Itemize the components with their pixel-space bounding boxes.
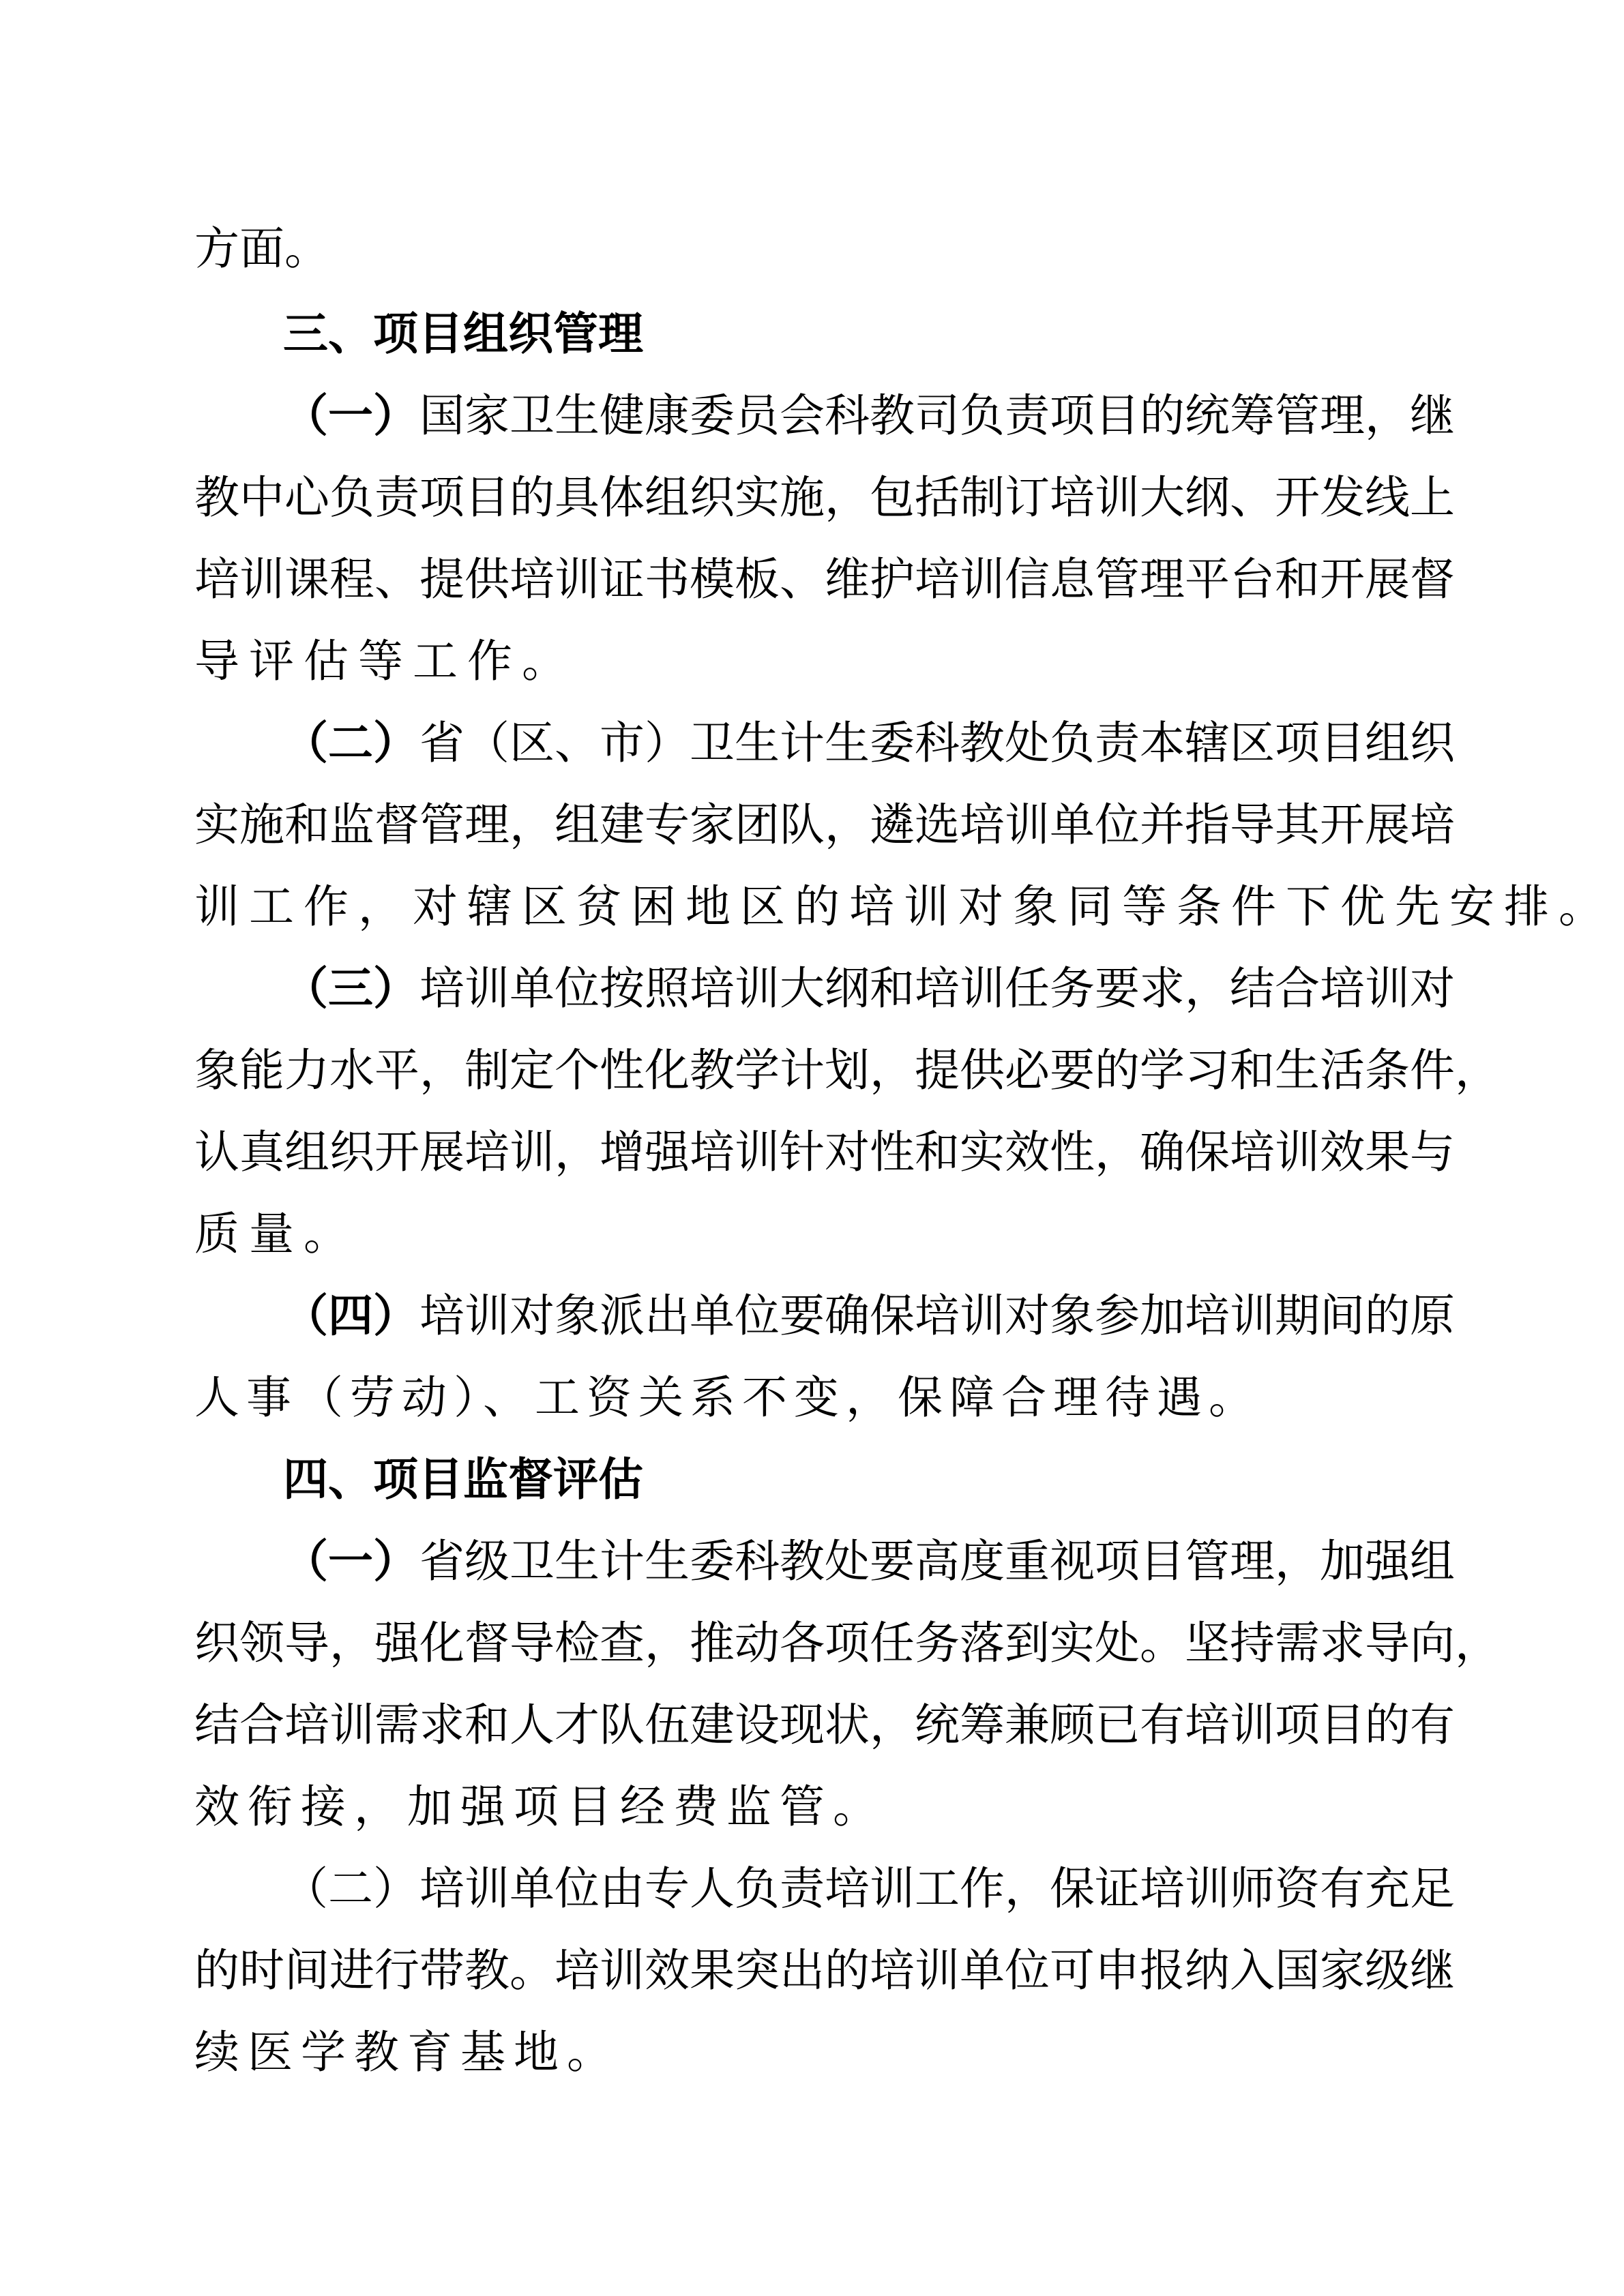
paragraph-text: 续医学教育基地。 xyxy=(194,2022,620,2083)
paragraph-text: 训工作，对辖区贫困地区的培训对象同等条件下优先安排。 xyxy=(194,876,1613,938)
paragraph-number: （一） xyxy=(283,1531,418,1592)
paragraph-number: （二） xyxy=(283,1858,418,1920)
paragraph-number: （二） xyxy=(283,713,418,774)
paragraph-text: 象能力水平，制定个性化教学计划，提供必要的学习和生活条件， xyxy=(194,1040,1436,1101)
paragraph-text: 效衔接，加强项目经费监管。 xyxy=(194,1776,886,1838)
paragraph-text: 质量。 xyxy=(194,1204,358,1265)
paragraph-text: 省（区、市）卫生计生委科教处负责本辖区项目组织 xyxy=(419,713,1436,774)
paragraph-number: （三） xyxy=(283,958,418,1019)
paragraph-text: 省级卫生计生委科教处要高度重视项目管理，加强组 xyxy=(419,1531,1436,1592)
paragraph-text: 实施和监督管理，组建专家团队，遴选培训单位并指导其开展培 xyxy=(194,794,1436,856)
paragraph-number: （四） xyxy=(283,1285,418,1347)
document-page: 方面。 三、项目组织管理 （一） 国家卫生健康委员会科教司负责项目的统筹管理，继… xyxy=(0,0,1624,2296)
paragraph-text: 培训单位由专人负责培训工作，保证培训师资有充足 xyxy=(419,1858,1436,1920)
paragraph-text: 结合培训需求和人才队伍建设现状，统筹兼顾已有培训项目的有 xyxy=(194,1695,1436,1756)
paragraph-number: （一） xyxy=(283,385,418,447)
paragraph-text: 导评估等工作。 xyxy=(194,631,576,692)
paragraph-text: 认真组织开展培训，增强培训针对性和实效性，确保培训效果与 xyxy=(194,1122,1436,1183)
paragraph-text: 人事（劳动）、工资关系不变，保障合理待遇。 xyxy=(194,1367,1260,1429)
continuation-text: 方面。 xyxy=(194,218,329,280)
section-heading-text: 三、项目组织管理 xyxy=(283,303,643,365)
paragraph-text: 培训单位按照培训大纲和培训任务要求，结合培训对 xyxy=(419,958,1436,1019)
section-heading-text: 四、项目监督评估 xyxy=(283,1449,643,1510)
paragraph-text: 的时间进行带教。培训效果突出的培训单位可申报纳入国家级继 xyxy=(194,1940,1436,2001)
paragraph-text: 国家卫生健康委员会科教司负责项目的统筹管理，继 xyxy=(419,385,1436,447)
paragraph-text: 培训课程、提供培训证书模板、维护培训信息管理平台和开展督 xyxy=(194,549,1436,610)
paragraph-text: 教中心负责项目的具体组织实施，包括制订培训大纲、开发线上 xyxy=(194,467,1436,528)
paragraph-text: 培训对象派出单位要确保培训对象参加培训期间的原 xyxy=(419,1285,1436,1347)
paragraph-text: 织领导，强化督导检查，推动各项任务落到实处。坚持需求导向， xyxy=(194,1613,1436,1674)
